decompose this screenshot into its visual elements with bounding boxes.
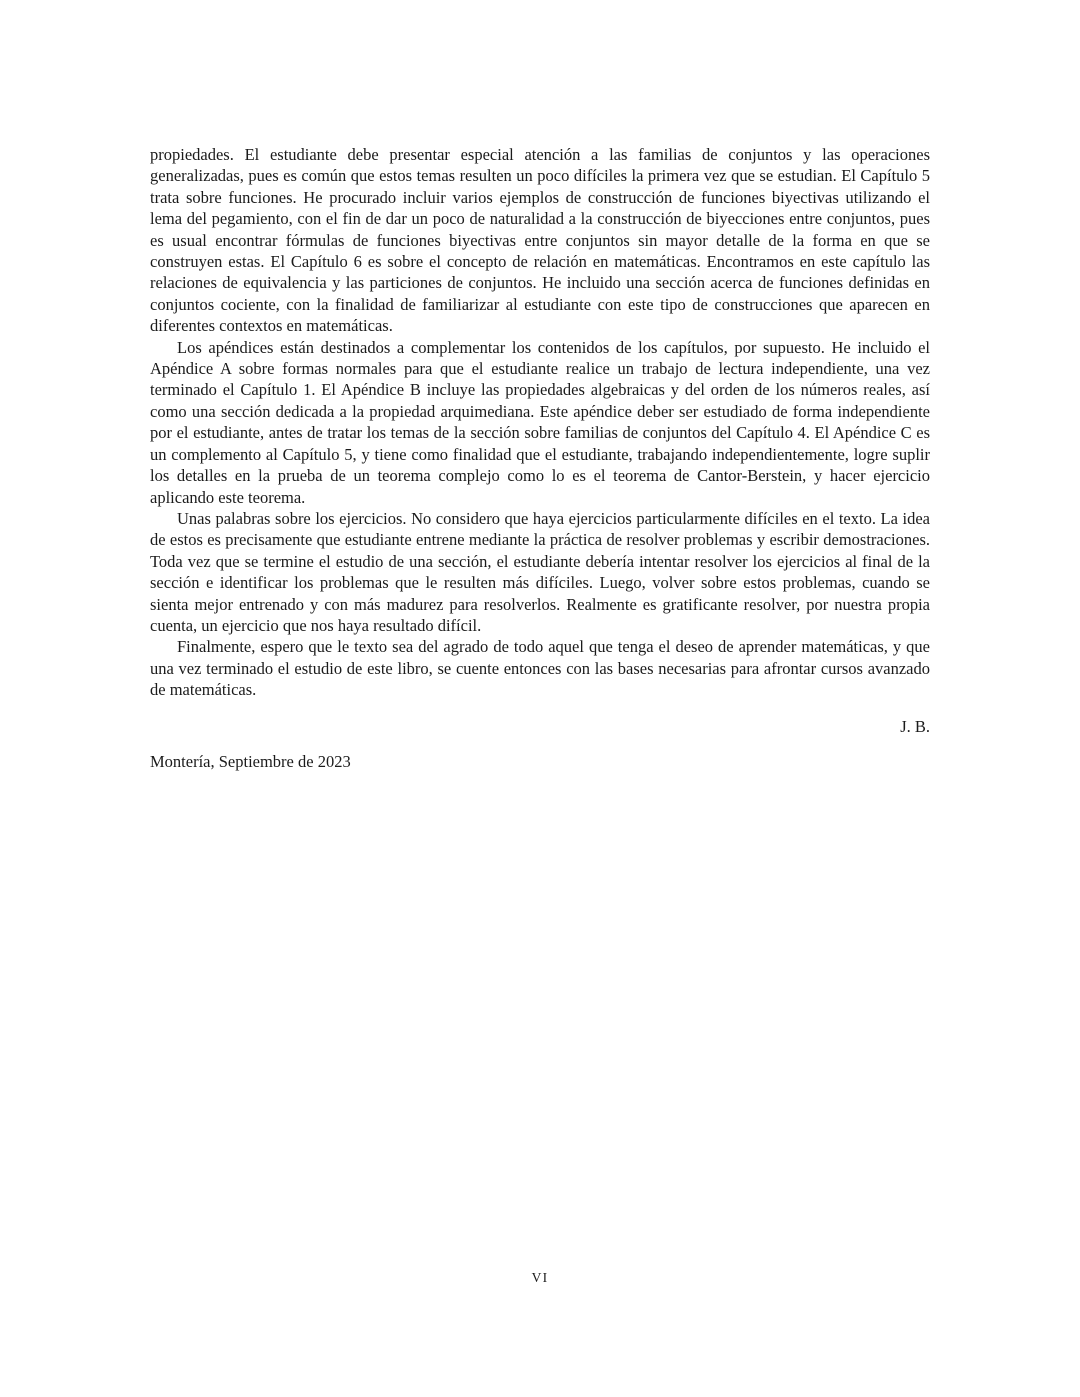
preface-body: propiedades. El estudiante debe presenta… — [150, 144, 930, 772]
paragraph-closing: Finalmente, espero que le texto sea del … — [150, 636, 930, 700]
author-initials: J. B. — [150, 716, 930, 737]
paragraph-exercises: Unas palabras sobre los ejercicios. No c… — [150, 508, 930, 636]
page-number: VI — [0, 1270, 1080, 1286]
paragraph-appendices: Los apéndices están destinados a complem… — [150, 337, 930, 508]
place-date-line: Montería, Septiembre de 2023 — [150, 751, 930, 772]
paragraph-chapters-continuation: propiedades. El estudiante debe presenta… — [150, 144, 930, 337]
document-page: propiedades. El estudiante debe presenta… — [0, 0, 1080, 1397]
